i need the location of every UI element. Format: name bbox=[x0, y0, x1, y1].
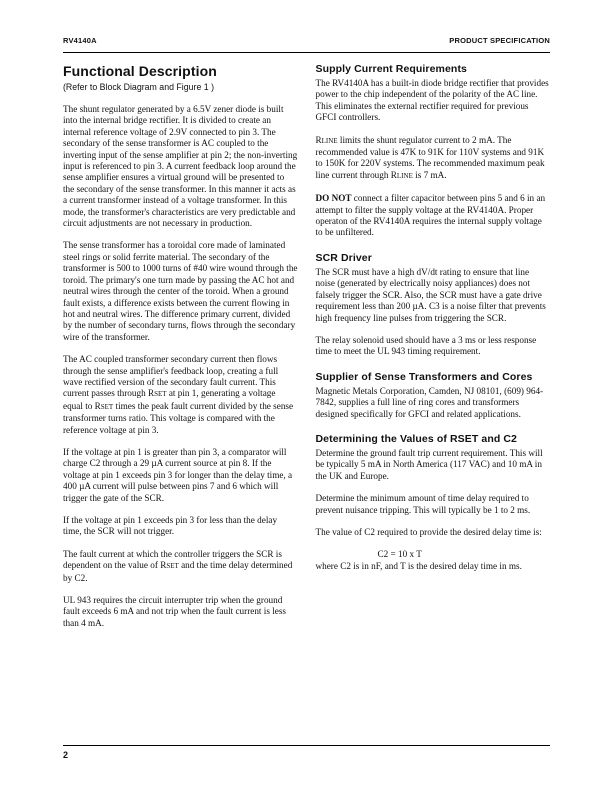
right-column: Supply Current RequirementsThe RV4140A h… bbox=[316, 63, 551, 629]
text-run: The sense transformer has a toroidal cor… bbox=[63, 240, 298, 341]
subscript-designator: LINE bbox=[397, 172, 413, 180]
text-run: The SCR must have a high dV/dt rating to… bbox=[316, 267, 546, 323]
page: RV4140A PRODUCT SPECIFICATION Functional… bbox=[0, 0, 612, 792]
subscript-designator: LINE bbox=[322, 137, 338, 145]
page-section-title: Functional Description bbox=[63, 63, 298, 79]
text-run: The shunt regulator generated by a 6.5V … bbox=[63, 104, 297, 228]
equation: C2 = 10 x T bbox=[378, 549, 551, 560]
text-run: Determine the ground fault trip current … bbox=[316, 448, 543, 481]
subscript-designator: SET bbox=[101, 403, 113, 411]
paragraph: RLINE limits the shunt regulator current… bbox=[316, 135, 551, 183]
paragraph: If the voltage at pin 1 is greater than … bbox=[63, 447, 298, 504]
paragraph: Magnetic Metals Corporation, Camden, NJ … bbox=[316, 386, 551, 420]
paragraph: where C2 is in nF, and T is the desired … bbox=[316, 561, 551, 572]
text-run: C2 = 10 x T bbox=[378, 549, 422, 559]
page-number: 2 bbox=[63, 750, 550, 760]
text-run: where C2 is in nF, and T is the desired … bbox=[316, 561, 522, 571]
text-run: Magnetic Metals Corporation, Camden, NJ … bbox=[316, 386, 544, 419]
header-rule bbox=[63, 52, 550, 53]
text-run: If the voltage at pin 1 exceeds pin 3 fo… bbox=[63, 515, 277, 536]
text-run: The value of C2 required to provide the … bbox=[316, 527, 542, 537]
left-column: Functional Description (Refer to Block D… bbox=[63, 63, 298, 629]
emphasis-text: DO NOT bbox=[316, 193, 352, 203]
paragraph: The SCR must have a high dV/dt rating to… bbox=[316, 267, 551, 324]
paragraph: The sense transformer has a toroidal cor… bbox=[63, 240, 298, 343]
paragraph: The relay solenoid used should have a 3 … bbox=[316, 335, 551, 358]
paragraph: Determine the ground fault trip current … bbox=[316, 448, 551, 482]
section-subtitle: (Refer to Block Diagram and Figure 1 ) bbox=[63, 82, 298, 92]
left-column-body: The shunt regulator generated by a 6.5V … bbox=[63, 104, 298, 629]
text-run: The relay solenoid used should have a 3 … bbox=[316, 335, 537, 356]
footer-rule bbox=[63, 745, 550, 746]
section-heading: SCR Driver bbox=[316, 252, 551, 264]
content-columns: Functional Description (Refer to Block D… bbox=[63, 63, 550, 629]
paragraph: Determine the minimum amount of time del… bbox=[316, 493, 551, 516]
paragraph: DO NOT connect a filter capacitor betwee… bbox=[316, 193, 551, 239]
paragraph: UL 943 requires the circuit interrupter … bbox=[63, 595, 298, 629]
paragraph: The RV4140A has a built-in diode bridge … bbox=[316, 78, 551, 124]
paragraph: The value of C2 required to provide the … bbox=[316, 527, 551, 538]
paragraph: If the voltage at pin 1 exceeds pin 3 fo… bbox=[63, 515, 298, 538]
text-run: UL 943 requires the circuit interrupter … bbox=[63, 595, 286, 628]
text-run: Determine the minimum amount of time del… bbox=[316, 493, 531, 514]
text-run: If the voltage at pin 1 is greater than … bbox=[63, 447, 292, 503]
header-part-number: RV4140A bbox=[63, 36, 97, 45]
section-heading: Supply Current Requirements bbox=[316, 63, 551, 75]
header-doc-type: PRODUCT SPECIFICATION bbox=[449, 36, 550, 45]
section-heading: Supplier of Sense Transformers and Cores bbox=[316, 371, 551, 383]
text-run: is 7 mA. bbox=[413, 170, 447, 180]
subscript-designator: SET bbox=[154, 390, 166, 398]
footer: 2 bbox=[63, 745, 550, 760]
header: RV4140A PRODUCT SPECIFICATION bbox=[63, 36, 550, 45]
section-heading: Determining the Values of RSET and C2 bbox=[316, 433, 551, 445]
subscript-designator: SET bbox=[166, 562, 178, 570]
paragraph: The shunt regulator generated by a 6.5V … bbox=[63, 104, 298, 229]
paragraph: The fault current at which the controlle… bbox=[63, 549, 298, 584]
paragraph: The AC coupled transformer secondary cur… bbox=[63, 354, 298, 436]
text-run: The RV4140A has a built-in diode bridge … bbox=[316, 78, 549, 122]
